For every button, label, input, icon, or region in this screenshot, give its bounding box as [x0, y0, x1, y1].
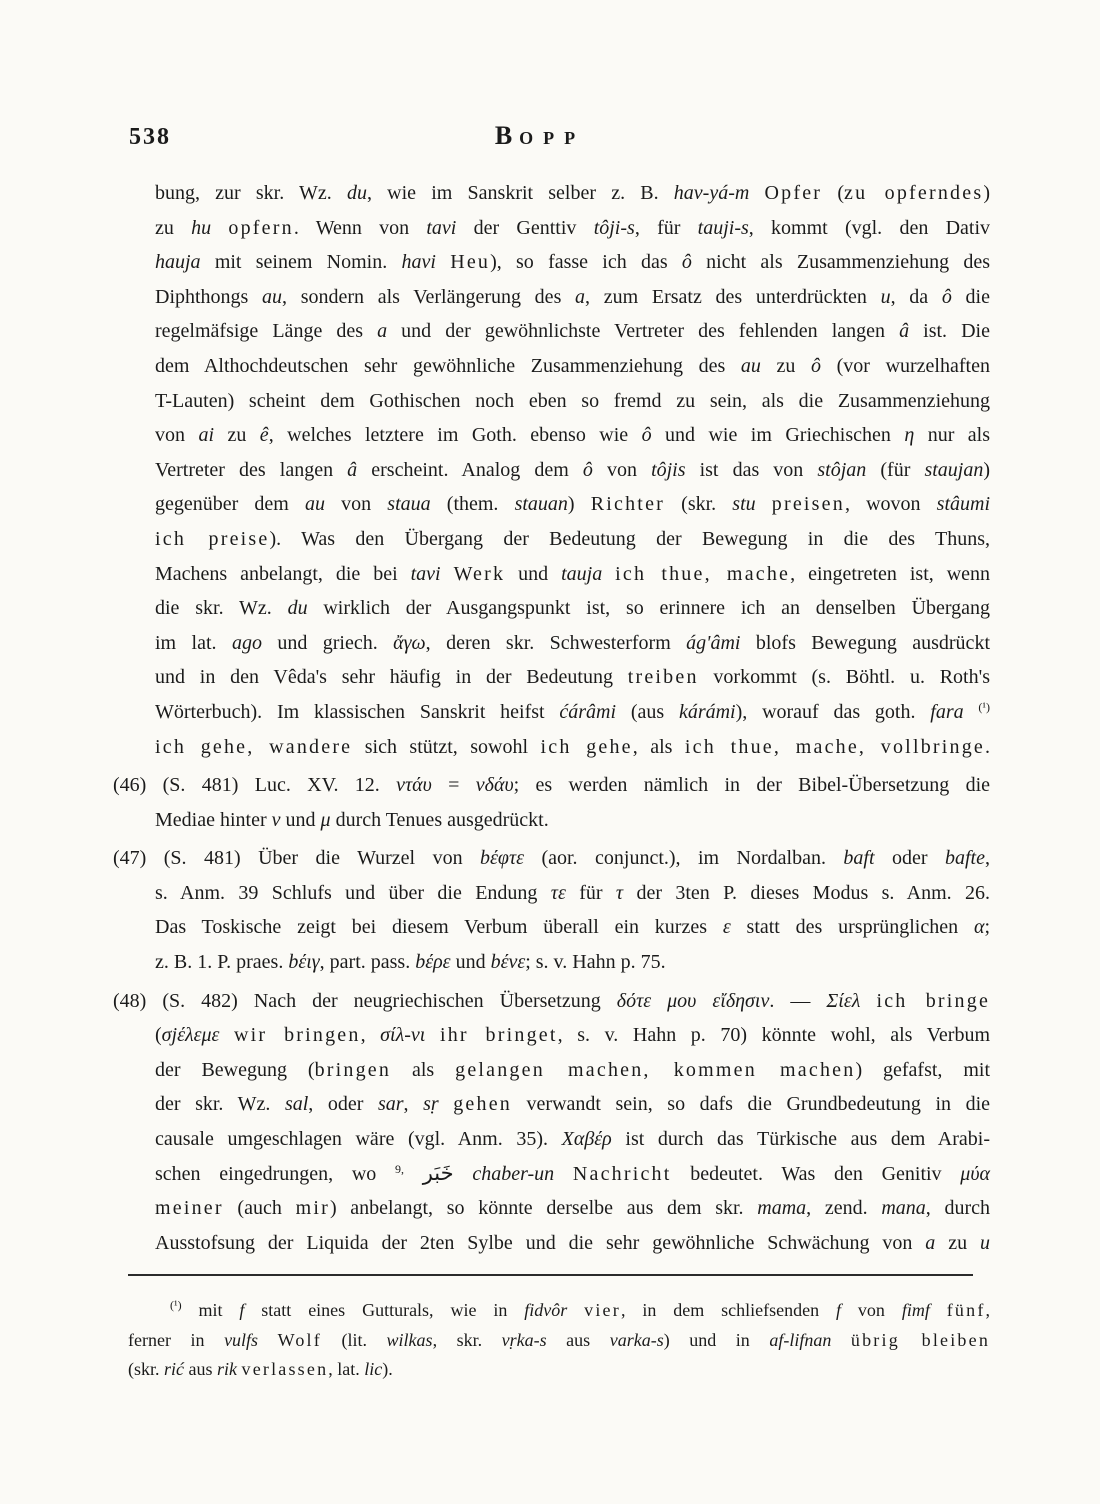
text-segment: tauja	[561, 563, 602, 585]
text-line: bung, zur skr. Wz. du, wie im Sanskrit s…	[113, 176, 990, 211]
text-segment: ág'âmi	[686, 632, 740, 654]
text-segment: â	[347, 459, 357, 481]
text-line: im lat. ago und griech. ἄγω, deren skr. …	[113, 626, 990, 661]
text-line: regelmäfsige Länge des a und der gewöhnl…	[113, 314, 990, 349]
text-segment: ihr bringet	[440, 1024, 558, 1046]
endnote-46: (46) (S. 481) Luc. XV. 12. ντάυ = νδάυ; …	[113, 768, 990, 837]
text-segment: tavi	[426, 217, 456, 239]
text-segment: ago	[232, 632, 262, 654]
text-line: dem Althochdeutschen sehr gewöhnliche Zu…	[113, 349, 990, 384]
text-segment: sṛ	[423, 1093, 439, 1115]
text-segment: gehen	[453, 1093, 512, 1115]
text-line: meiner (auch mir) anbelangt, so könnte d…	[113, 1191, 990, 1226]
text-segment: f	[836, 1300, 841, 1320]
text-segment: wilkas	[387, 1330, 433, 1350]
text-segment: au	[741, 355, 761, 377]
text-segment: fara	[930, 701, 963, 723]
text-segment: a	[575, 286, 585, 308]
text-segment: mama	[757, 1197, 806, 1219]
text-segment: du	[288, 597, 308, 619]
text-line: Das Toskische zeigt bei diesem Verbum üb…	[113, 910, 990, 945]
text-segment: kárámi	[679, 701, 736, 723]
text-segment: â	[899, 320, 909, 342]
text-segment: opfern	[228, 217, 293, 239]
text-line: Ausstofsung der Liquida der 2ten Sylbe u…	[113, 1226, 990, 1261]
text-segment: ν	[272, 809, 281, 831]
text-segment: fimf	[902, 1300, 930, 1320]
text-line: von ai zu ê, welches letztere im Goth. e…	[113, 418, 990, 453]
text-segment: u	[881, 286, 891, 308]
text-segment: baft	[843, 847, 874, 869]
text-segment: ε	[723, 916, 731, 938]
text-segment: fidvôr	[524, 1300, 567, 1320]
text-segment: bringen	[315, 1059, 392, 1081]
text-segment: Opfer	[765, 182, 823, 204]
text-segment: σίλ-νι	[380, 1024, 425, 1046]
text-line: s. Anm. 39 Schlufs und über die Endung τ…	[113, 876, 990, 911]
text-segment: staua	[387, 493, 430, 515]
text-line: ich gehe, wandere sich stützt, sowohl ic…	[113, 730, 990, 765]
text-segment: hu	[191, 217, 211, 239]
running-head-initial: B	[495, 121, 519, 150]
page-body: bung, zur skr. Wz. du, wie im Sanskrit s…	[113, 176, 990, 1385]
text-line: (σjέλεμε wir bringen, σίλ-νι ihr bringet…	[113, 1018, 990, 1053]
text-segment: ô	[642, 424, 652, 446]
text-line: gegenüber dem au von staua (them. stauan…	[113, 487, 990, 522]
text-segment: ô	[811, 355, 821, 377]
text-segment: varka-s	[610, 1330, 664, 1350]
text-segment: hauja	[155, 251, 201, 273]
text-segment: sar	[378, 1093, 404, 1115]
text-line: Wörterbuch). Im klassischen Sanskrit hei…	[113, 695, 990, 730]
text-segment: Heu	[450, 251, 490, 273]
text-segment: Wolf	[278, 1330, 322, 1350]
text-segment: μύα	[960, 1163, 990, 1185]
text-segment: Χαβέρ	[562, 1128, 612, 1150]
text-segment: Richter	[591, 493, 665, 515]
text-segment: gelangen machen, kommen machen	[455, 1059, 855, 1081]
text-segment: μ	[321, 809, 331, 831]
text-segment: sal	[285, 1093, 308, 1115]
text-segment: af-lifnan	[769, 1330, 831, 1350]
text-segment: νδάυ	[476, 774, 514, 796]
running-head: BOPP	[0, 121, 1080, 151]
text-line: die skr. Wz. du wirklich der Ausgangspun…	[113, 591, 990, 626]
text-segment: du	[347, 182, 367, 204]
text-segment: α	[974, 916, 985, 938]
text-line: (48) (S. 482) Nach der neugriechischen Ü…	[113, 984, 990, 1019]
text-segment: mana	[881, 1197, 925, 1219]
text-segment: ich bringe	[876, 990, 990, 1012]
text-segment: ich gehe, wandere	[155, 736, 352, 758]
text-line: causale umgeschlagen wäre (vgl. Anm. 35)…	[113, 1122, 990, 1157]
text-segment: ich gehe	[540, 736, 632, 758]
text-segment: bέρε	[415, 951, 450, 973]
text-line: und in den Vêda's sehr häufig in der Bed…	[113, 660, 990, 695]
text-segment: preisen	[772, 493, 845, 515]
footnote-separator-rule	[128, 1274, 973, 1276]
text-segment: τ	[616, 882, 623, 904]
text-segment: ai	[198, 424, 214, 446]
text-line: (46) (S. 481) Luc. XV. 12. ντάυ = νδάυ; …	[113, 768, 990, 803]
text-line: Diphthongs au, sondern als Verlängerung …	[113, 280, 990, 315]
text-line: der skr. Wz. sal, oder sar, sṛ gehen ver…	[113, 1087, 990, 1122]
text-segment: rić	[164, 1359, 184, 1379]
text-line: Machens anbelangt, die bei tavi Werk und…	[113, 557, 990, 592]
text-segment: Σίελ	[826, 990, 860, 1012]
text-segment: staujan	[924, 459, 983, 481]
text-segment: bέιγ	[288, 951, 319, 973]
text-segment: ich thue, mache	[615, 563, 790, 585]
text-segment: a	[377, 320, 387, 342]
text-segment: verlassen	[242, 1359, 329, 1379]
running-head-rest: OPP	[519, 128, 585, 148]
text-line: (¹) mit f statt eines Gutturals, wie in …	[113, 1296, 990, 1326]
text-segment: ćárâmi	[559, 701, 616, 723]
superscript: 9,	[395, 1162, 404, 1176]
text-segment: stauan	[515, 493, 568, 515]
text-segment: chaber-un	[472, 1163, 554, 1185]
text-segment: vier	[584, 1300, 621, 1320]
text-segment: au	[262, 286, 282, 308]
text-segment: ê	[260, 424, 269, 446]
text-segment: tôjis	[651, 459, 685, 481]
text-segment: a	[925, 1232, 935, 1254]
arabic-word: خَبَر	[423, 1161, 454, 1185]
text-segment: au	[305, 493, 325, 515]
text-segment: tauji-s	[698, 217, 749, 239]
footnote: (¹) mit f statt eines Gutturals, wie in …	[113, 1296, 990, 1385]
text-line: (skr. rić aus rik verlassen, lat. lic).	[113, 1355, 990, 1385]
text-segment: tôji-s	[594, 217, 635, 239]
text-line: z. B. 1. P. praes. bέιγ, part. pass. bέρ…	[113, 945, 990, 980]
text-line: der Bewegung (bringen als gelangen mache…	[113, 1053, 990, 1088]
text-segment: ich preise	[155, 528, 270, 550]
text-segment: σjέλεμε	[162, 1024, 220, 1046]
text-segment: wir bringen	[234, 1024, 361, 1046]
text-segment: vṛka-s	[502, 1330, 547, 1350]
text-segment: δότε μου εἴδησιν	[617, 990, 770, 1012]
text-segment: lic	[364, 1359, 382, 1379]
text-line: schen eingedrungen, wo 9, خَبَر chaber-u…	[113, 1157, 990, 1192]
text-segment: rik	[217, 1359, 237, 1379]
text-segment: ô	[682, 251, 692, 273]
text-segment: ô	[942, 286, 952, 308]
scanned-book-page: 538 BOPP bung, zur skr. Wz. du, wie im S…	[0, 0, 1100, 1504]
text-segment: Nachricht	[573, 1163, 672, 1185]
text-segment: ντάυ	[396, 774, 432, 796]
text-segment: hav-yá-m	[674, 182, 750, 204]
text-segment: havi	[401, 251, 435, 273]
text-segment: übrig bleiben	[851, 1330, 990, 1350]
text-segment: stôjan	[817, 459, 866, 481]
text-line: T-Lauten) scheint dem Gothischen noch eb…	[113, 384, 990, 419]
text-segment: mir	[296, 1197, 330, 1219]
text-segment: ô	[583, 459, 593, 481]
text-segment: ich thue, mache, vollbringe	[685, 736, 985, 758]
text-line: Vertreter des langen â erscheint. Analog…	[113, 453, 990, 488]
text-segment: Werk	[454, 563, 506, 585]
text-segment: tavi	[411, 563, 441, 585]
text-segment: meiner	[155, 1197, 224, 1219]
text-segment: zu opferndes	[844, 182, 983, 204]
text-segment: η	[904, 424, 914, 446]
text-line: ferner in vulfs Wolf (lit. wilkas, skr. …	[113, 1326, 990, 1356]
text-segment: f	[239, 1300, 244, 1320]
text-segment: stu	[732, 493, 755, 515]
text-segment: bafte	[945, 847, 985, 869]
main-paragraph: bung, zur skr. Wz. du, wie im Sanskrit s…	[113, 176, 990, 764]
text-segment: treiben	[628, 666, 699, 688]
endnote-48: (48) (S. 482) Nach der neugriechischen Ü…	[113, 984, 990, 1261]
text-segment: bένε	[491, 951, 526, 973]
endnote-47: (47) (S. 481) Über die Wurzel von bέφτε …	[113, 841, 990, 979]
text-segment: τε	[551, 882, 566, 904]
superscript: (¹)	[978, 700, 990, 714]
text-line: (47) (S. 481) Über die Wurzel von bέφτε …	[113, 841, 990, 876]
text-line: ich preise). Was den Übergang der Bedeut…	[113, 522, 990, 557]
text-line: Mediae hinter ν und μ durch Tenues ausge…	[113, 803, 990, 838]
text-line: zu hu opfern. Wenn von tavi der Genttiv …	[113, 211, 990, 246]
text-line: hauja mit seinem Nomin. havi Heu), so fa…	[113, 245, 990, 280]
superscript: (¹)	[170, 1298, 182, 1312]
text-segment: stâumi	[937, 493, 990, 515]
text-segment: fünf	[947, 1300, 986, 1320]
text-segment: bέφτε	[480, 847, 524, 869]
text-segment: u	[980, 1232, 990, 1254]
text-segment: ἄγω	[393, 632, 426, 654]
text-segment: vulfs	[224, 1330, 258, 1350]
